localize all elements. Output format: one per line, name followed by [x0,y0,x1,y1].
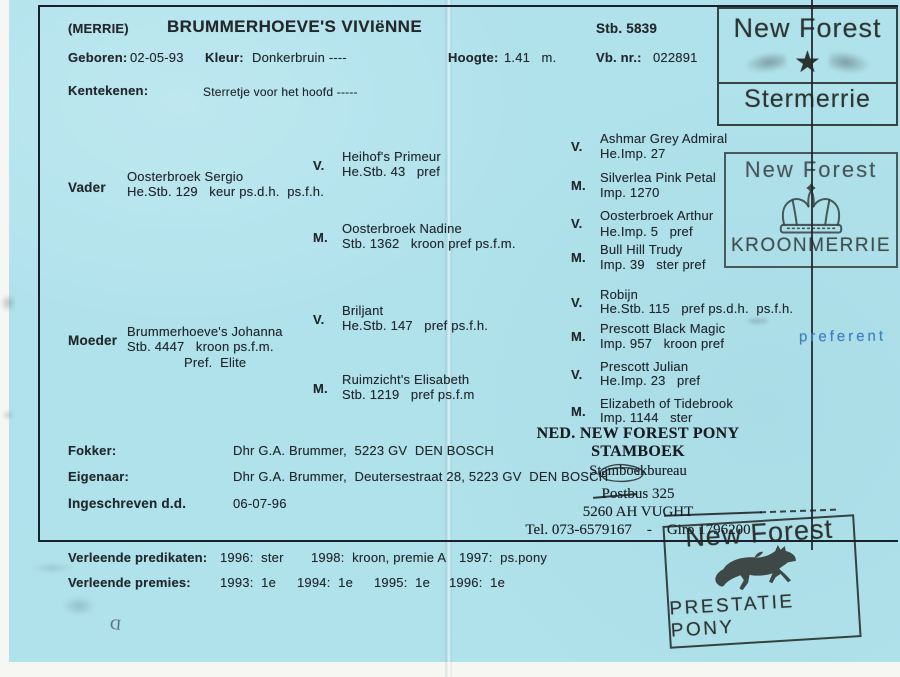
edge-smudge [2,410,14,420]
moeder-reg: Stb. 4447 kroon ps.f.m. [127,340,274,354]
vbnr-value: 022891 [653,51,698,65]
edge-smudge [30,563,74,573]
kleur-label: Kleur: [205,51,244,65]
predikaat-value: 1997: ps.pony [459,551,547,565]
gen3-reg: Imp. 1144 ster [600,411,693,425]
prestatie-title: PRESTATIE PONY [669,587,859,642]
gen2-reg: Stb. 1362 kroon pref ps.f.m. [342,237,516,251]
geboren-label: Geboren: [68,51,127,65]
gen3-reg: He.Stb. 115 pref ps.d.h. ps.f.h. [600,302,793,316]
studbook-certificate: (MERRIE) BRUMMERHOEVE'S VIVIëNNE Stb. 58… [0,0,900,677]
kentekenen-value: Sterretje voor het hoofd ----- [203,86,358,99]
stb-number: Stb. 5839 [596,22,657,37]
gen2-reg: He.Stb. 147 pref ps.f.h. [342,319,488,333]
premie-value: 1995: 1e [374,576,430,590]
geboren-value: 02-05-93 [130,51,184,65]
fokker-value: Dhr G.A. Brummer, 5223 GV DEN BOSCH [233,444,494,458]
kentekenen-label: Kentekenen: [68,84,148,98]
gen3-name: Bull Hill Trudy [600,243,682,257]
gen2-tag: M. [313,231,328,245]
gen3-tag: V. [571,217,583,231]
gen2-name: Heihof's Primeur [342,150,441,164]
gen2-name: Briljant [342,304,383,318]
gen3-tag: V. [571,296,583,310]
gen3-reg: Imp. 957 kroon pref [600,337,724,351]
gen3-tag: M. [571,405,586,419]
stermerrie-divider [719,82,896,84]
gen3-tag: M. [571,179,586,193]
kroonmerrie-title: KROONMERRIE [731,235,891,257]
gen3-reg: He.Imp. 27 [600,147,666,161]
moeder-name: Brummerhoeve's Johanna [127,325,283,339]
stermerrie-title: Stermerrie [744,85,871,114]
gen3-reg: Imp. 39 ster pref [600,258,706,272]
bureau-address1: Postbus 325 [488,486,788,503]
kroonmerrie-stamp: New Forest KROONMERRIE [724,152,898,268]
gen3-tag: V. [571,368,583,382]
kroonmerrie-header: New Forest [745,157,877,183]
preferent-stamp: preferent [799,329,886,346]
jumping-horse-icon [696,539,827,597]
vbnr-label: Vb. nr.: [596,51,642,65]
gen2-tag: V. [313,313,325,327]
gen3-tag: M. [571,330,586,344]
eigenaar-label: Eigenaar: [68,470,129,484]
gen3-name: Silverlea Pink Petal [600,171,716,185]
laurel-smudge-right-icon [828,49,873,77]
moeder-extra: Pref. Elite [184,356,246,370]
hoogte-value: 1.41 m. [504,51,556,65]
vader-reg: He.Stb. 129 keur ps.d.h. ps.f.h. [127,185,324,199]
gen2-tag: V. [313,159,325,173]
hoogte-label: Hoogte: [448,51,499,65]
premie-value: 1994: 1e [297,576,353,590]
edge-smudge [0,294,16,312]
gen3-tag: V. [571,140,583,154]
gender-label: (MERRIE) [68,22,129,36]
premie-value: 1996: 1e [449,576,505,590]
premie-value: 1993: 1e [220,576,276,590]
moeder-label: Moeder [68,334,117,349]
pen-scribble-icon [592,461,654,487]
predikaat-value: 1996: ster [220,551,284,565]
stermerrie-header: New Forest [733,13,881,44]
frame-left-line [38,5,40,541]
ingeschreven-label: Ingeschreven d.d. [68,497,186,512]
fokker-label: Fokker: [68,444,116,458]
gen3-reg: He.Imp. 23 pref [600,374,700,388]
speckle-smudge [62,596,96,616]
scan-edge-left [0,0,9,677]
gen2-name: Oosterbroek Nadine [342,222,462,236]
gen3-name: Oosterbroek Arthur [600,209,713,223]
laurel-smudge-left-icon [743,50,787,76]
ink-smudge [748,318,768,324]
gen2-name: Ruimzicht's Elisabeth [342,373,469,387]
predikaten-label: Verleende predikaten: [68,551,207,565]
vader-label: Vader [68,181,106,196]
gen2-reg: Stb. 1219 pref ps.f.m [342,388,475,402]
gen3-tag: M. [571,251,586,265]
pencil-showthrough-mark: D [109,615,121,632]
star-icon: ★ [794,48,821,78]
gen3-reg: He.Imp. 5 pref [600,225,693,239]
kleur-value: Donkerbruin ---- [252,51,347,65]
crown-icon [769,183,853,235]
gen2-reg: He.Stb. 43 pref [342,165,440,179]
stermerrie-star-row: ★ [719,44,896,82]
prestatie-pony-stamp: New Forest PRESTATIE PONY [662,514,861,648]
gen2-tag: M. [313,382,328,396]
page-title: BRUMMERHOEVE'S VIVIëNNE [167,18,422,37]
stermerrie-stamp: New Forest ★ Stermerrie [717,7,898,126]
bureau-name: NED. NEW FOREST PONY STAMBOEK [488,425,788,461]
ingeschreven-value: 06-07-96 [233,497,287,511]
predikaat-value: 1998: kroon, premie A [311,551,446,565]
gen3-name: Prescott Black Magic [600,322,725,336]
gen3-name: Ashmar Grey Admiral [600,132,727,146]
vader-name: Oosterbroek Sergio [127,170,243,184]
premies-label: Verleende premies: [68,576,191,590]
gen3-reg: Imp. 1270 [600,186,660,200]
